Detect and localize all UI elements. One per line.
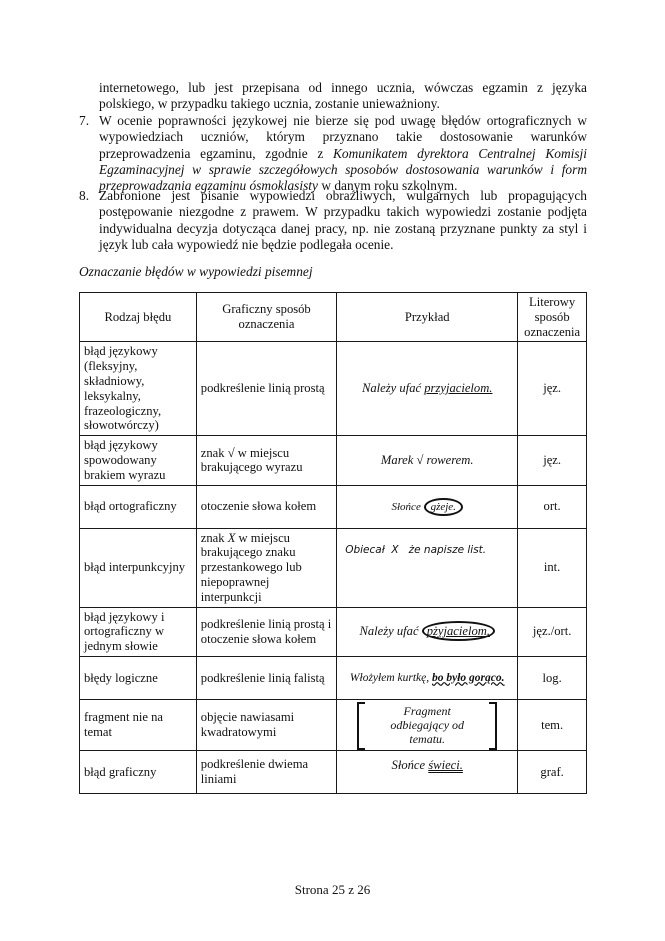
header-letter-mark: Literowy sposób oznaczenia bbox=[518, 293, 587, 342]
cell-error-type: błąd językowy (fleksyjny, składniowy, le… bbox=[80, 342, 197, 436]
header-example: Przykład bbox=[337, 293, 518, 342]
cell-graphic-mark: podkreślenie linią prostą i otoczenie sł… bbox=[196, 607, 336, 656]
circled-underlined-word: pżyjacielom. bbox=[422, 621, 495, 641]
cell-error-type: błąd językowy spowodowany brakiem wyrazu bbox=[80, 436, 197, 485]
document-page: internetowego, lub jest przepisana od in… bbox=[0, 0, 665, 941]
wavy-underlined-phrase: bo było gorąco. bbox=[432, 672, 505, 684]
table-row: błąd ortograficzny otoczenie słowa kołem… bbox=[80, 485, 587, 528]
table-row: błąd językowy (fleksyjny, składniowy, le… bbox=[80, 342, 587, 436]
cell-graphic-mark: znak √ w miejscu brakującego wyrazu bbox=[196, 436, 336, 485]
cell-graphic-mark: podkreślenie dwiema liniami bbox=[196, 750, 336, 793]
list-item-8: 8. Zabronione jest pisanie wypowiedzi ob… bbox=[79, 188, 587, 253]
cell-graphic-mark: podkreślenie linią falistą bbox=[196, 656, 336, 699]
list-number: 8. bbox=[79, 188, 99, 204]
example-text: Należy ufać bbox=[359, 624, 421, 638]
cell-example: Należy ufać pżyjacielom. bbox=[337, 607, 518, 656]
example-text: Słońce bbox=[392, 758, 429, 772]
table-row: błąd językowy spowodowany brakiem wyrazu… bbox=[80, 436, 587, 485]
cell-graphic-mark: znak X w miejscu brakującego znaku przes… bbox=[196, 528, 336, 607]
cell-letter-mark: graf. bbox=[518, 750, 587, 793]
cell-example: Obiecał X że napisze list. bbox=[337, 528, 518, 607]
example-text: Włożyłem kurtkę, bbox=[350, 672, 432, 684]
cell-error-type: błąd ortograficzny bbox=[80, 485, 197, 528]
table-row: błąd graficzny podkreślenie dwiema linia… bbox=[80, 750, 587, 793]
example-text: Należy ufać bbox=[362, 381, 424, 395]
cell-letter-mark: log. bbox=[518, 656, 587, 699]
cell-letter-mark: tem. bbox=[518, 699, 587, 750]
circled-word: gżeje. bbox=[424, 498, 463, 516]
cell-example: Należy ufać przyjacielom. bbox=[337, 342, 518, 436]
list-item-7: 7. W ocenie poprawności językowej nie bi… bbox=[79, 113, 587, 194]
cell-error-type: błąd językowy i ortograficzny w jednym s… bbox=[80, 607, 197, 656]
cell-letter-mark: jęz. bbox=[518, 342, 587, 436]
underlined-word: przyjacielom. bbox=[424, 381, 492, 395]
cell-example: Włożyłem kurtkę, bo było gorąco. bbox=[337, 656, 518, 699]
double-underlined-word: świeci. bbox=[428, 758, 463, 772]
cell-graphic-mark: objęcie nawiasami kwadratowymi bbox=[196, 699, 336, 750]
continuation-paragraph: internetowego, lub jest przepisana od in… bbox=[99, 80, 587, 113]
cell-error-type: fragment nie na temat bbox=[80, 699, 197, 750]
header-graphic-mark: Graficzny sposób oznaczenia bbox=[196, 293, 336, 342]
page-number: Strona 25 z 26 bbox=[0, 882, 665, 898]
cell-error-type: błędy logiczne bbox=[80, 656, 197, 699]
table-row: błąd językowy i ortograficzny w jednym s… bbox=[80, 607, 587, 656]
error-marking-table: Rodzaj błędu Graficzny sposób oznaczenia… bbox=[79, 292, 587, 794]
cell-letter-mark: jęz. bbox=[518, 436, 587, 485]
example-text: Słońce bbox=[392, 501, 424, 513]
table-caption: Oznaczanie błędów w wypowiedzi pisemnej bbox=[79, 264, 313, 280]
bracketed-fragment: Fragment odbiegający od tematu. bbox=[355, 702, 499, 748]
cell-letter-mark: int. bbox=[518, 528, 587, 607]
table-row: błąd interpunkcyjny znak X w miejscu bra… bbox=[80, 528, 587, 607]
list-text: Zabronione jest pisanie wypowiedzi obraź… bbox=[99, 188, 587, 253]
cell-example: Słońce świeci. bbox=[337, 750, 518, 793]
table-row: fragment nie na temat objęcie nawiasami … bbox=[80, 699, 587, 750]
cell-letter-mark: ort. bbox=[518, 485, 587, 528]
cell-example: Marek √ rowerem. bbox=[337, 436, 518, 485]
cell-error-type: błąd interpunkcyjny bbox=[80, 528, 197, 607]
list-number: 7. bbox=[79, 113, 99, 129]
header-error-type: Rodzaj błędu bbox=[80, 293, 197, 342]
cell-graphic-mark: podkreślenie linią prostą bbox=[196, 342, 336, 436]
cell-graphic-mark: otoczenie słowa kołem bbox=[196, 485, 336, 528]
text-segment: znak bbox=[201, 531, 228, 545]
cell-example: Fragment odbiegający od tematu. bbox=[337, 699, 518, 750]
table-header-row: Rodzaj błędu Graficzny sposób oznaczenia… bbox=[80, 293, 587, 342]
cell-example: Słońce gżeje. bbox=[337, 485, 518, 528]
table-row: błędy logiczne podkreślenie linią falist… bbox=[80, 656, 587, 699]
list-text: W ocenie poprawności językowej nie bierz… bbox=[99, 113, 587, 194]
cell-error-type: błąd graficzny bbox=[80, 750, 197, 793]
cell-letter-mark: jęz./ort. bbox=[518, 607, 587, 656]
